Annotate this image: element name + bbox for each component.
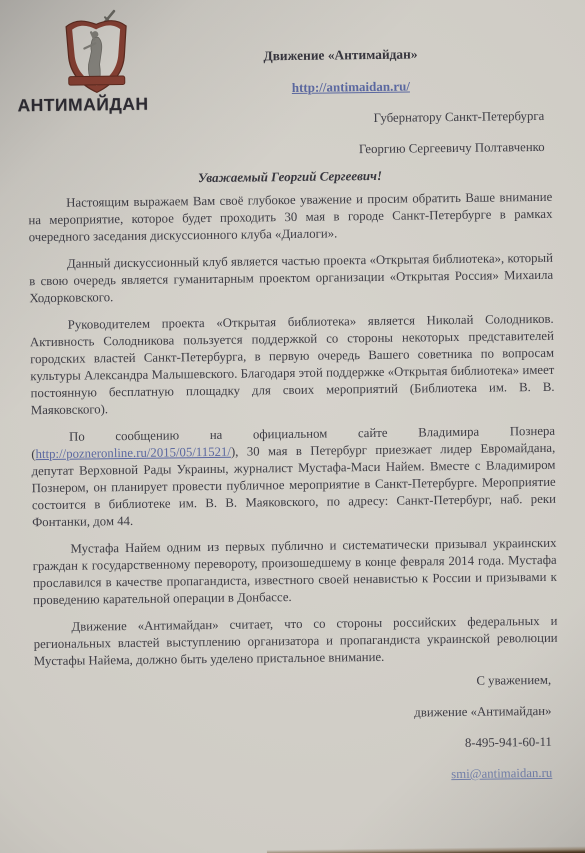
letter-flow: Уважаемый Георгий Сергеевич! Настоящим в… [26,0,560,804]
letter-body: Настоящим выражаем Вам своё глубокое ува… [28,189,558,670]
signature-org: движение «Антимайдан» [34,705,551,724]
paragraph-3: Руководителем проекта «Открытая библиоте… [30,311,555,419]
letter-photo: { "letter": { "logo": { "wordmark": "АНТ… [0,0,585,853]
letter: АНТИМАЙДАН Движение «Антимайдан» http://… [0,0,585,853]
signature-closing: С уважением, [34,674,551,693]
signature-phone: 8-495-941-60-11 [35,736,552,755]
pozner-link[interactable]: http://pozneronline.ru/2015/05/11521/ [35,445,231,461]
paragraph-4: По сообщению на официальном сайте Владим… [31,423,556,531]
salutation: Уважаемый Георгий Сергеевич! [28,166,552,188]
paragraph-6: Движение «Антимайдан» считает, что со ст… [33,613,558,670]
signature-block: С уважением, движение «Антимайдан» 8-495… [34,674,559,786]
paragraph-5: Мустафа Найем одним из первых публично и… [32,535,557,609]
paragraph-1: Настоящим выражаем Вам своё глубокое ува… [28,189,553,246]
paragraph-2: Данный дискуссионный клуб является часть… [29,250,554,307]
email-link[interactable]: smi@antimaidan.ru [451,766,552,781]
